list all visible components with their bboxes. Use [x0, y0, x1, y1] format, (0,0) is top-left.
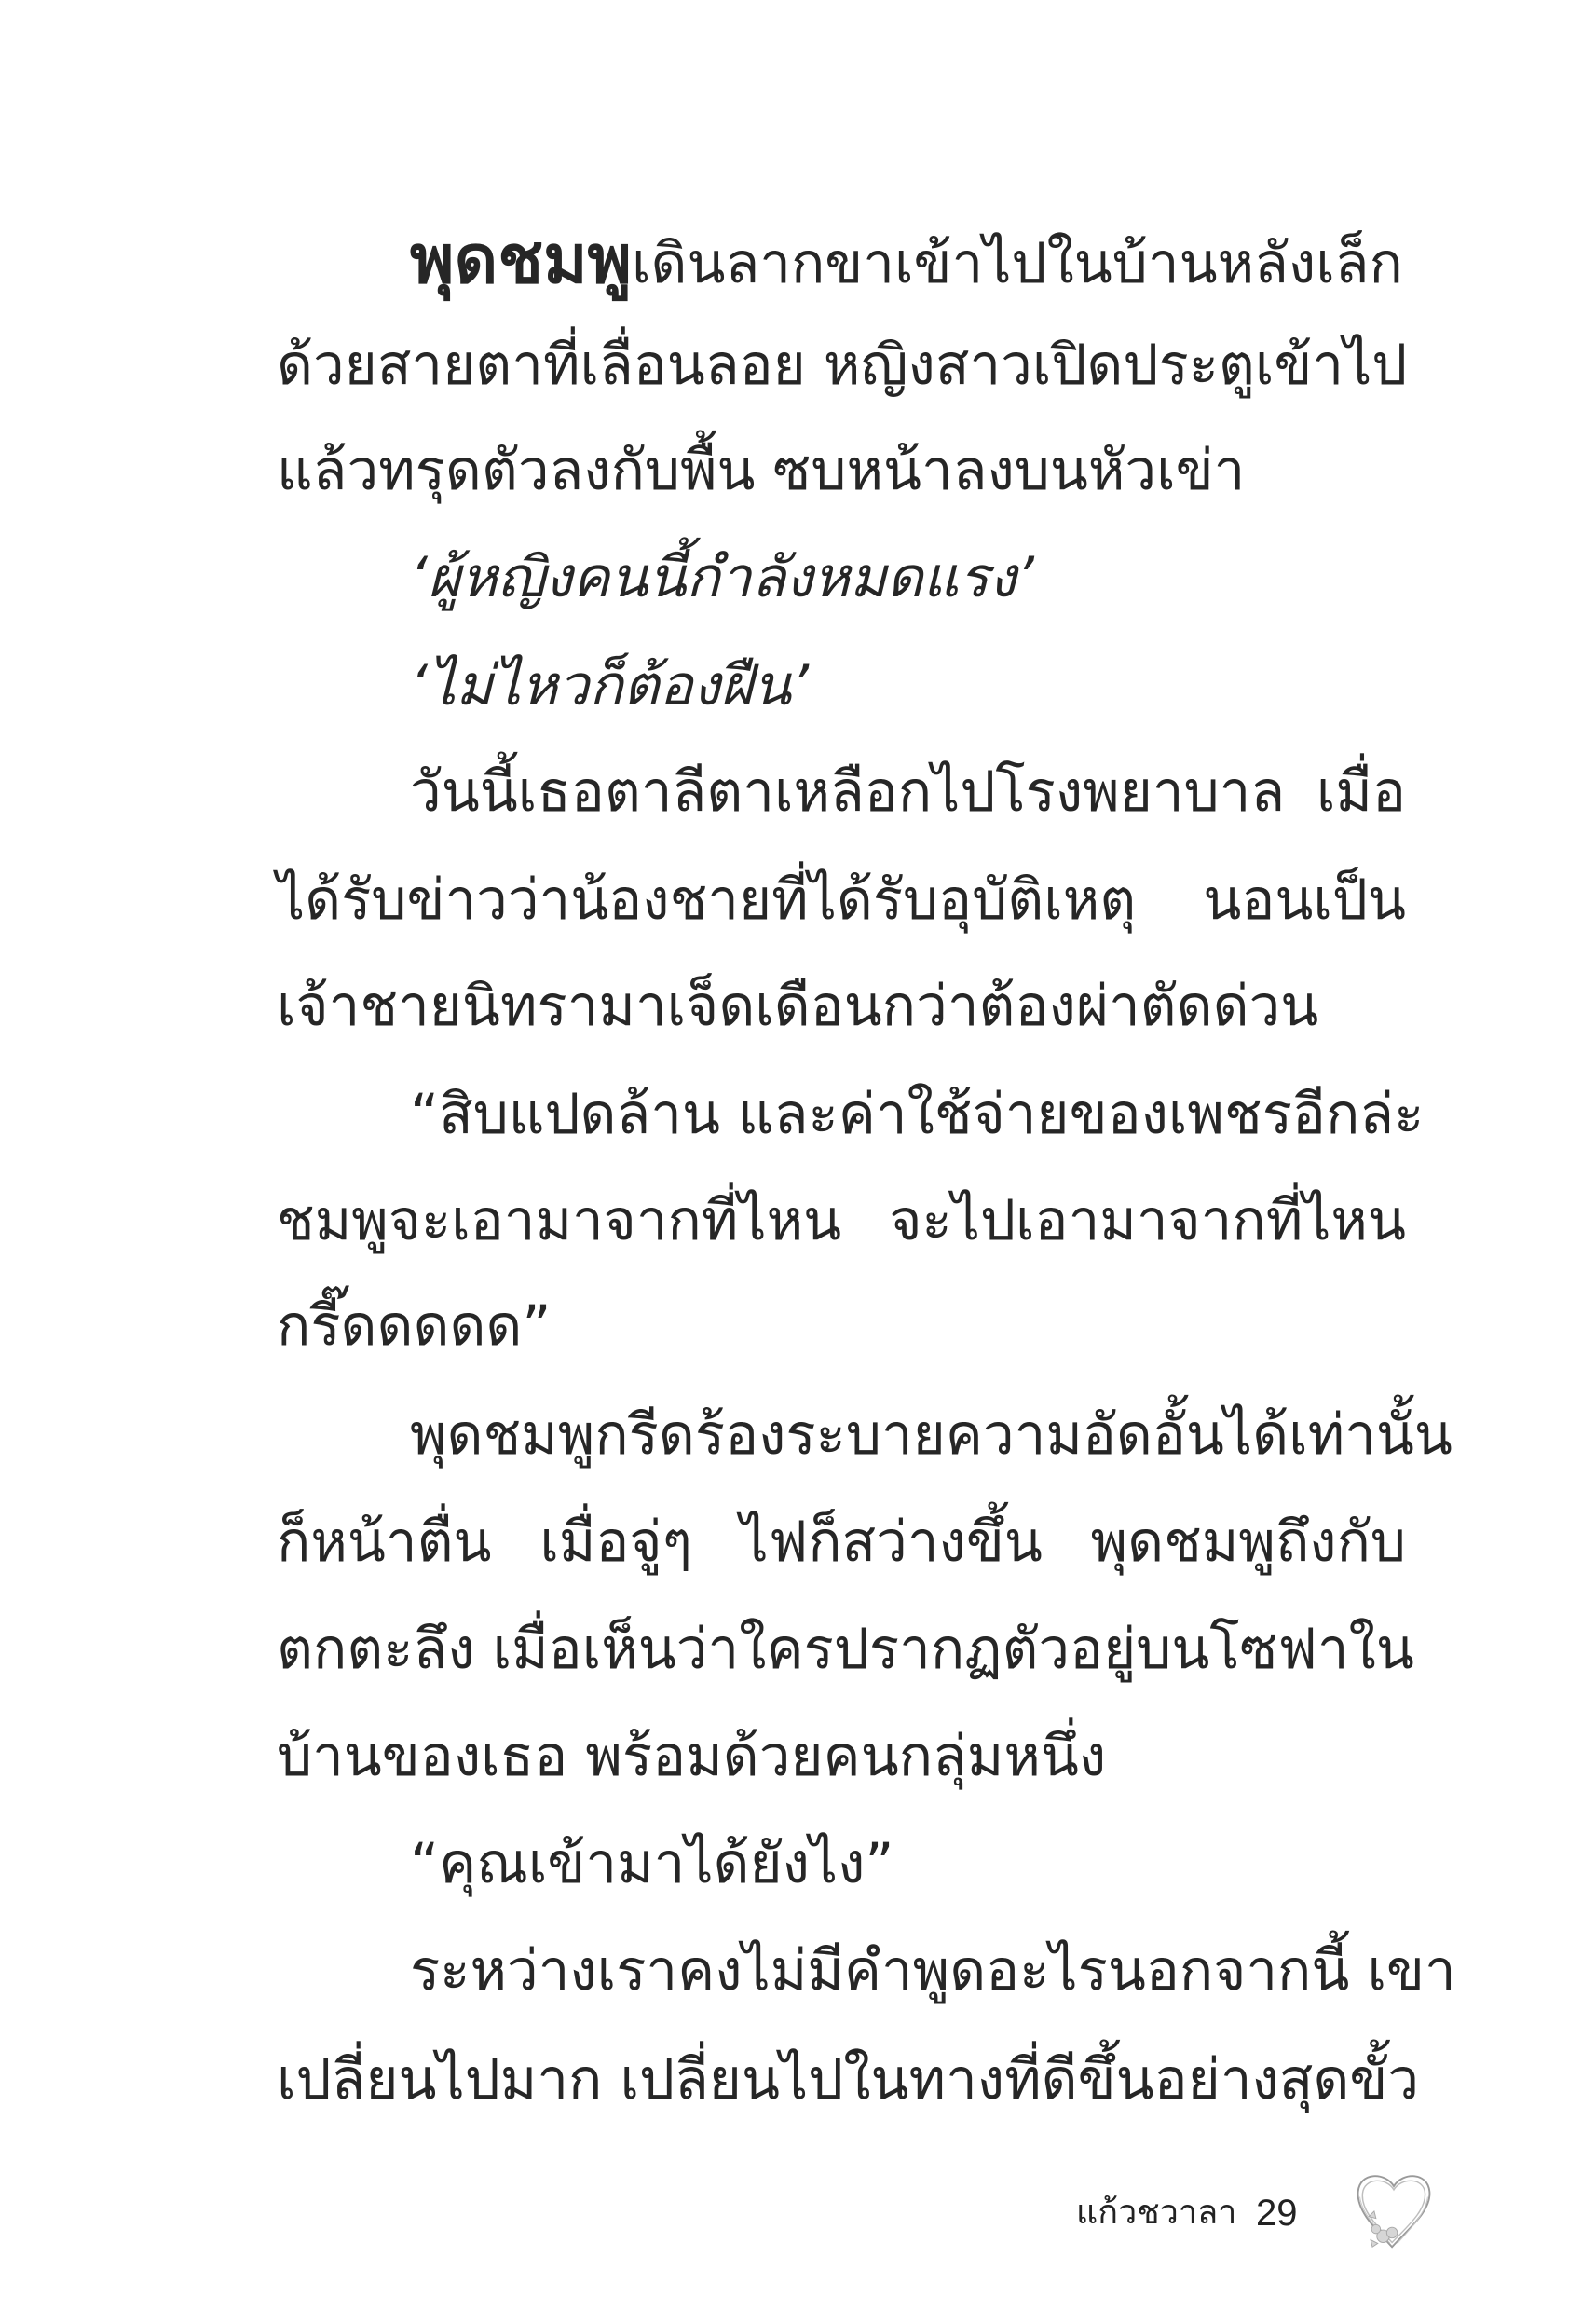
paragraph-2-line-3: เจ้าชายนิทรามาเจ็ดเดือนกว่าต้องผ่าตัดด่ว… — [277, 953, 1406, 1060]
paragraph-1-line-2: ด้วยสายตาที่เลื่อนลอย หญิงสาวเปิดประตูเข… — [277, 312, 1406, 419]
page-number: 29 — [1256, 2185, 1298, 2241]
paragraph-1-line-1: พุดชมพูเดินลากขาเข้าไปในบ้านหลังเล็ก — [410, 206, 1406, 313]
inner-thought-1: ‘ผู้หญิงคนนี้กำลังหมดแรง’ — [410, 525, 1406, 632]
lead-word: พุดชมพู — [410, 220, 632, 298]
paragraph-3-line-1: พุดชมพูกรีดร้องระบายความอัดอั้นได้เท่านั… — [410, 1382, 1406, 1489]
dialogue-1-line-3: กรี๊ดดดดด” — [277, 1273, 1406, 1380]
dialogue-2: “คุณเข้ามาได้ยังไง” — [410, 1811, 1406, 1918]
paragraph-2-line-2: ได้รับข่าวว่าน้องชายที่ได้รับอุบัติเหตุ … — [277, 847, 1406, 954]
book-page: พุดชมพูเดินลากขาเข้าไปในบ้านหลังเล็ก ด้ว… — [0, 0, 1596, 2311]
paragraph-3-line-4: บ้านของเธอ พร้อมด้วยคนกลุ่มหนึ่ง — [277, 1703, 1406, 1811]
paragraph-3-line-2: ก็หน้าตื่น เมื่อจู่ๆ ไฟก็สว่างขึ้น พุดชม… — [277, 1489, 1406, 1596]
dialogue-1-line-1: “สิบแปดล้าน และค่าใช้จ่ายของเพชรอีกล่ะ — [410, 1061, 1406, 1169]
paragraph-3-line-3: ตกตะลึง เมื่อเห็นว่าใครปรากฏตัวอยู่บนโซฟ… — [277, 1596, 1406, 1703]
running-footer-book-title: แก้วชวาลา — [1076, 2185, 1236, 2241]
paragraph-2-line-1: วันนี้เธอตาลีตาเหลือกไปโรงพยาบาล เมื่อ — [410, 739, 1406, 846]
paragraph-4-line-2: เปลี่ยนไปมาก เปลี่ยนไปในทางที่ดีขึ้นอย่า… — [277, 2027, 1406, 2134]
heart-wreath-icon — [1349, 2167, 1439, 2252]
dialogue-1-line-2: ชมพูจะเอามาจากที่ไหน จะไปเอามาจากที่ไหน — [277, 1168, 1406, 1275]
paragraph-1-line-3: แล้วทรุดตัวลงกับพื้น ซบหน้าลงบนหัวเข่า — [277, 417, 1406, 525]
line-text: เดินลากขาเข้าไปในบ้านหลังเล็ก — [632, 231, 1403, 296]
inner-thought-2: ‘ไม่ไหวก็ต้องฝืน’ — [410, 633, 1406, 740]
paragraph-4-line-1: ระหว่างเราคงไม่มีคำพูดอะไรนอกจากนี้ เขา — [410, 1918, 1406, 2025]
